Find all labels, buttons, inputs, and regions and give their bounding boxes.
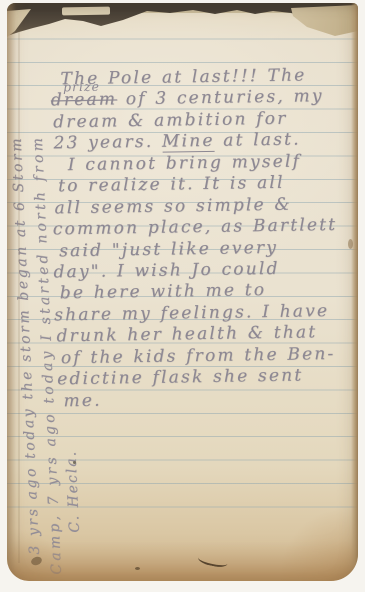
edge-wear-mark <box>348 239 353 249</box>
left-crease <box>18 31 20 563</box>
pencil-speck <box>73 461 76 464</box>
entry-line-4-pre: 23 years. <box>53 132 153 154</box>
pencil-speck <box>135 567 140 570</box>
page-left-edge <box>7 3 16 581</box>
handwritten-entry: The Pole at last!!! The dream of 3 centu… <box>50 65 357 413</box>
page-right-edge <box>351 3 358 581</box>
inserted-word-prize: prize <box>63 79 100 95</box>
entry-line-4-post: at last. <box>223 130 301 151</box>
scanned-diary-photo: The Pole at last!!! The dream of 3 centu… <box>0 0 365 592</box>
underlined-word: Mine <box>162 131 215 153</box>
entry-line-2-rest: of 3 centuries, my <box>126 87 324 110</box>
worn-bottom-edge <box>7 541 358 581</box>
torn-paper-fragment <box>62 7 110 16</box>
notebook-page: The Pole at last!!! The dream of 3 centu… <box>7 3 358 581</box>
